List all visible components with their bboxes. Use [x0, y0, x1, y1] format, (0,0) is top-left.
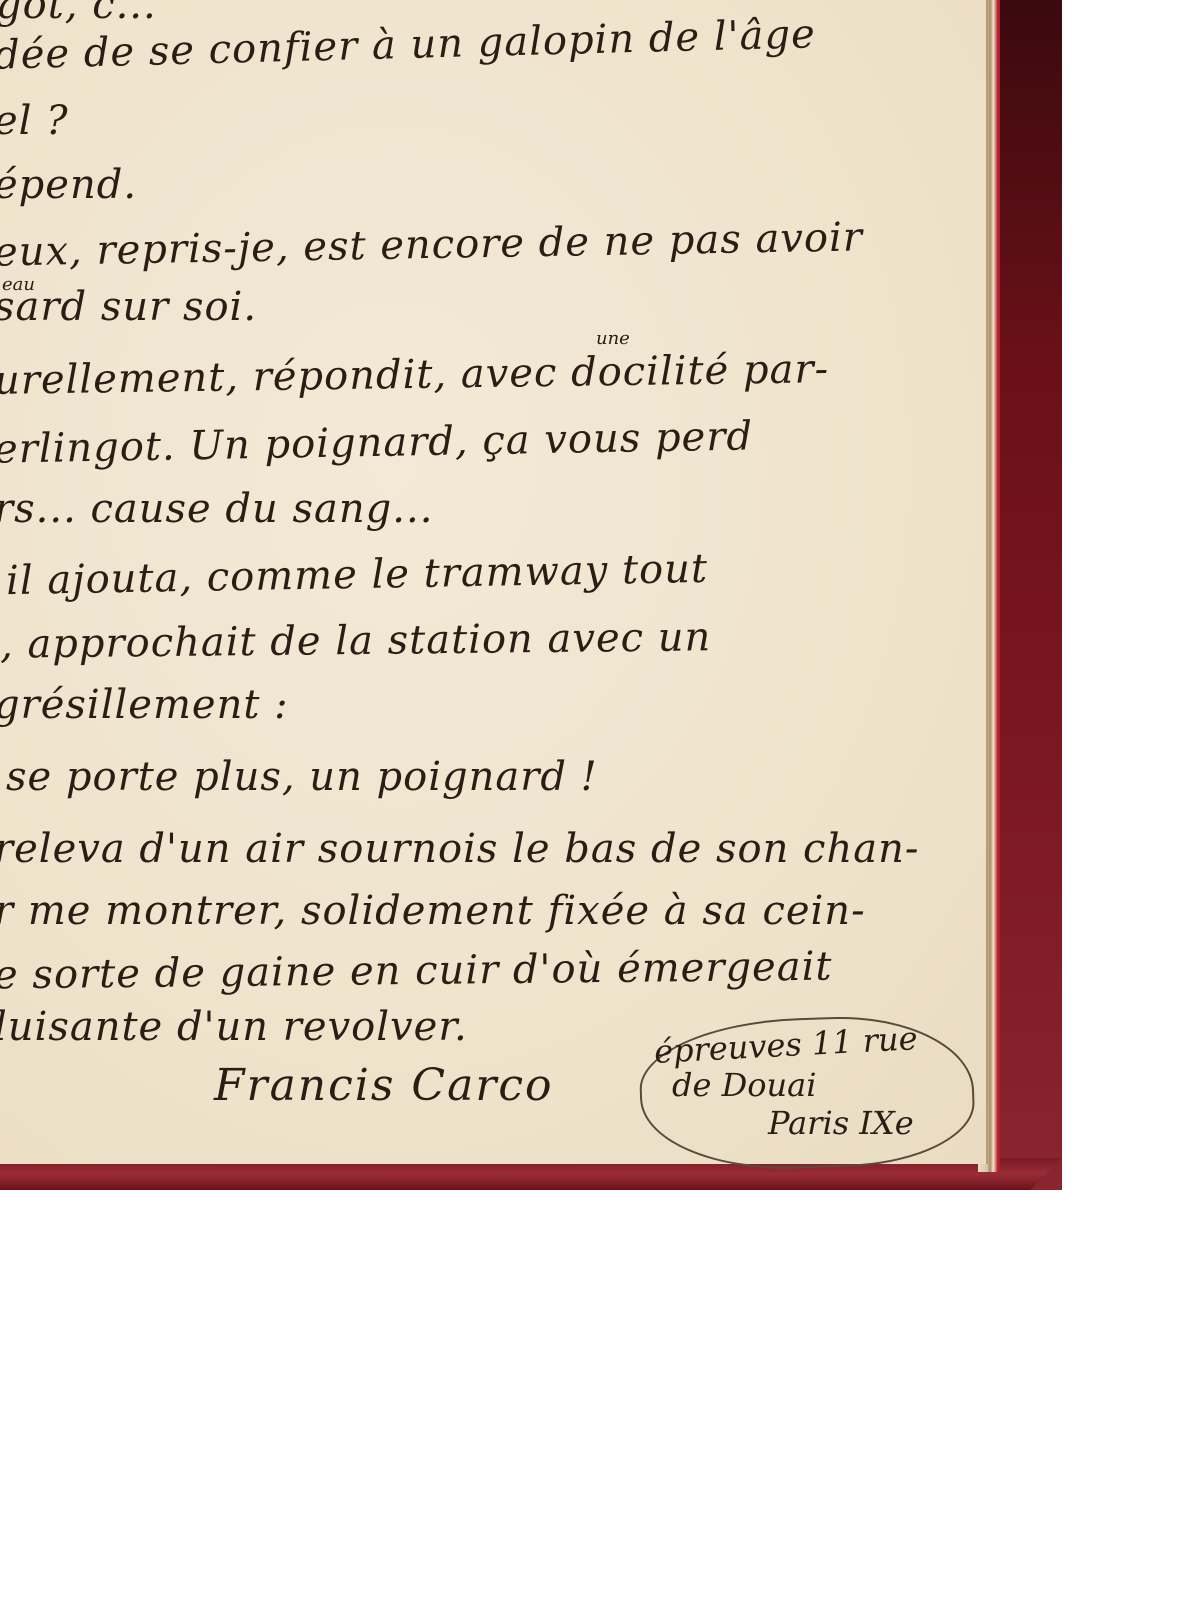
manuscript-line: rs... cause du sang...: [0, 486, 433, 532]
manuscript-page: got, c... dée de se confier à un galopin…: [0, 0, 988, 1164]
manuscript-line: releva d'un air sournois le bas de son c…: [0, 826, 919, 872]
manuscript-line: , approchait de la station avec un: [0, 614, 711, 667]
author-signature: Francis Carco: [214, 1060, 553, 1111]
manuscript-line: grésillement :: [0, 682, 289, 728]
manuscript-line: eux, repris-je, est encore de ne pas avo…: [0, 214, 863, 275]
manuscript-insertion: une: [596, 328, 630, 349]
manuscript-line: épend.: [0, 162, 137, 208]
manuscript-line: se porte plus, un poignard !: [6, 754, 598, 800]
manuscript-line: luisante d'un revolver.: [0, 1004, 468, 1050]
manuscript-line: el ?: [0, 98, 69, 144]
manuscript-line: e sorte de gaine en cuir d'où émergeait: [0, 944, 833, 999]
manuscript-line: r me montrer, solidement fixée à sa cein…: [0, 888, 866, 934]
manuscript-line: il ajouta, comme le tramway tout: [6, 546, 709, 604]
manuscript-line: erlingot. Un poignard, ça vous perd: [0, 413, 753, 472]
margin-note-line: de Douai: [672, 1066, 816, 1104]
book-cover-spine-edge: [1000, 0, 1062, 1190]
manuscript-line: got, c...: [0, 0, 157, 28]
manuscript-line: urellement, répondit, avec docilité par-: [0, 346, 829, 404]
manuscript-line: sard sur soi.: [0, 284, 257, 330]
margin-note-line: Paris IXe: [768, 1104, 914, 1142]
